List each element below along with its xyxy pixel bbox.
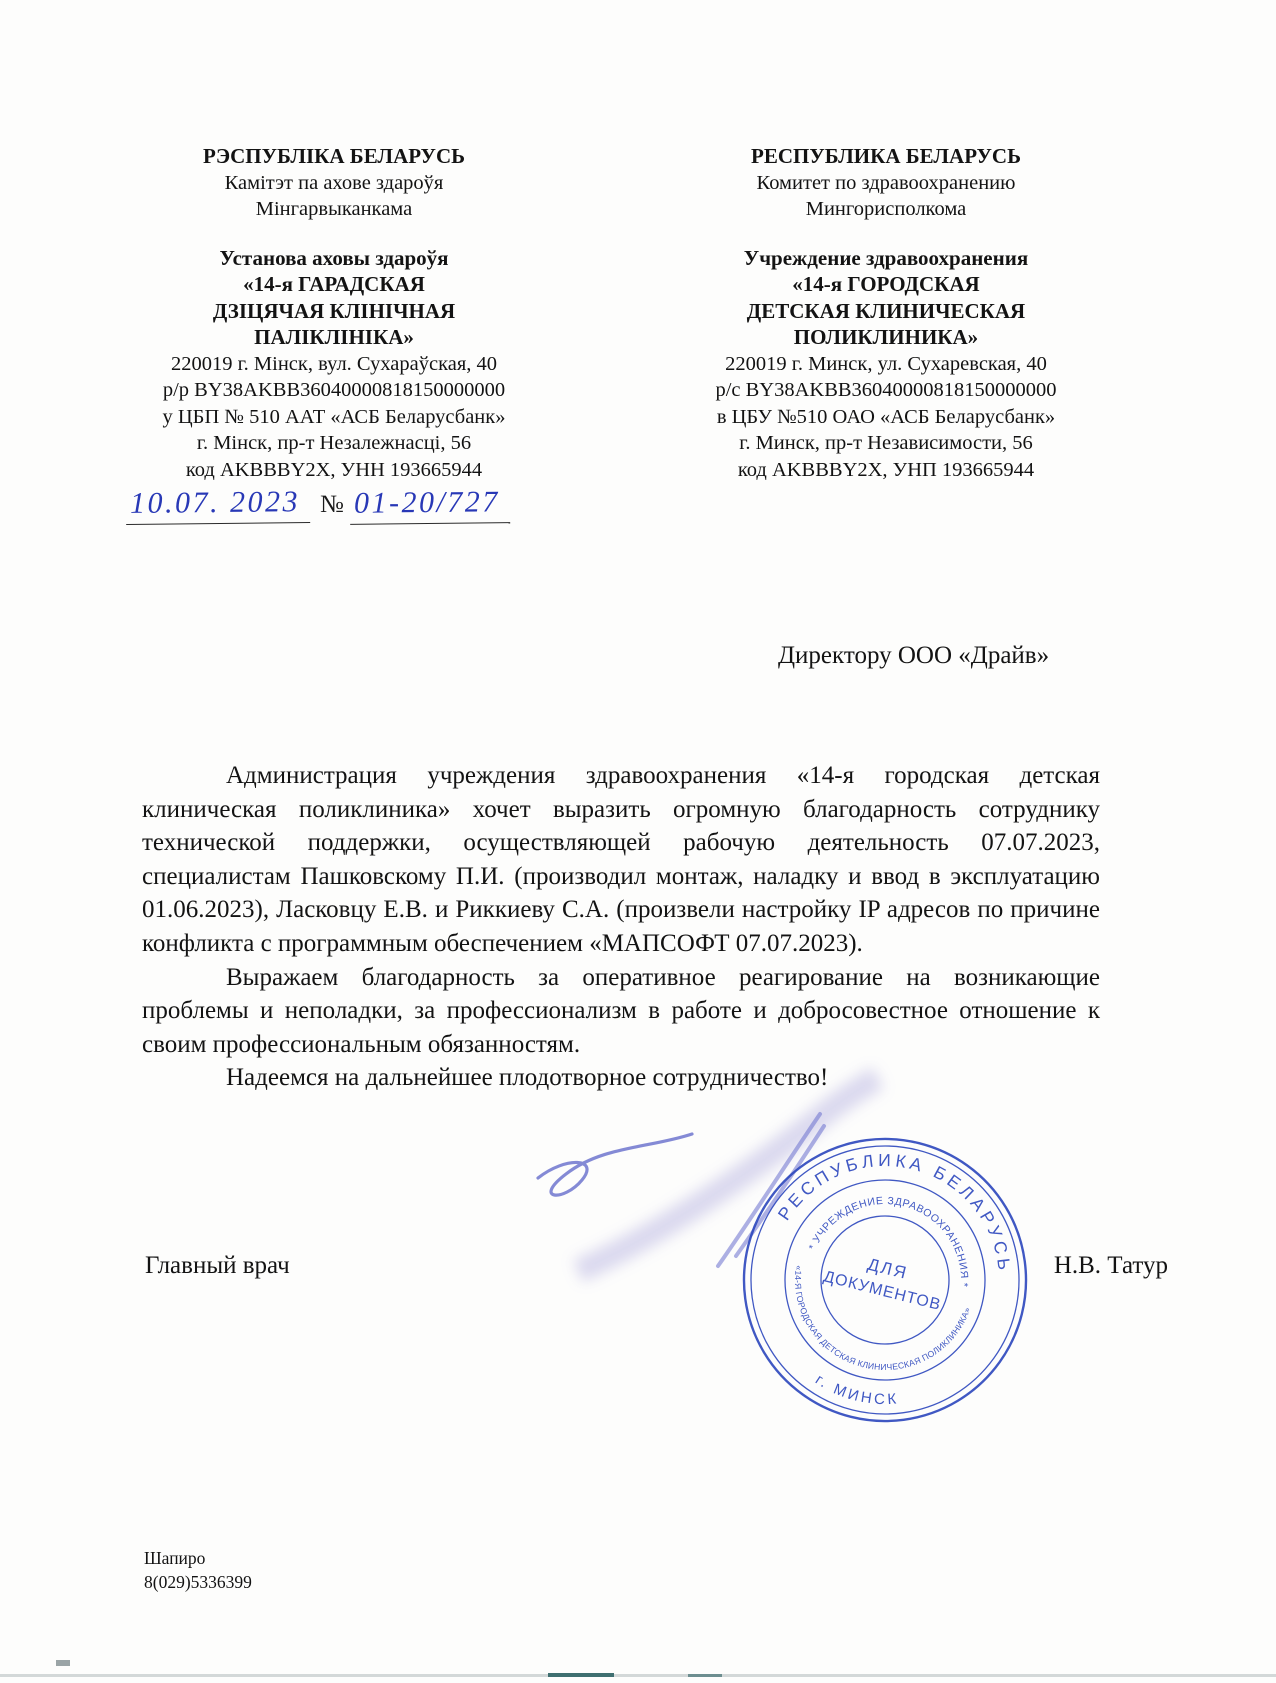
signer-name: Н.В. Татур — [1054, 1252, 1168, 1280]
ref-date-handwritten: 10.07. 2023 — [126, 485, 310, 525]
committee-by-1: Камітэт па ахове здароўя — [104, 170, 564, 197]
codes-ru: код AKBBBY2X, УНП 193665944 — [666, 457, 1106, 484]
spacer — [666, 223, 1106, 245]
signature-stroke-1 — [538, 1134, 692, 1195]
scan-artifact — [688, 1674, 722, 1677]
org-by-3: ДЗІЦЯЧАЯ КЛІНІЧНАЯ — [104, 298, 564, 325]
codes-by: код AKBBBY2X, УНН 193665944 — [104, 457, 564, 484]
letter-body: Администрация учреждения здравоохранения… — [142, 759, 1100, 1095]
country-name-by: РЭСПУБЛІКА БЕЛАРУСЬ — [104, 143, 564, 170]
executor-footer: Шапиро 8(029)5336399 — [144, 1546, 252, 1594]
letterhead-russian: РЕСПУБЛИКА БЕЛАРУСЬ Комитет по здравоохр… — [666, 143, 1106, 483]
body-paragraph-1: Администрация учреждения здравоохранения… — [142, 759, 1100, 961]
signer-position: Главный врач — [145, 1252, 290, 1280]
address-by: 220019 г. Мінск, вул. Сухараўская, 40 — [104, 351, 564, 378]
org-ru-2: «14-я ГОРОДСКАЯ — [666, 271, 1106, 298]
number-sign: № — [320, 491, 344, 518]
address-ru: 220019 г. Минск, ул. Сухаревская, 40 — [666, 351, 1106, 378]
document-page: РЭСПУБЛІКА БЕЛАРУСЬ Камітэт па ахове зда… — [0, 0, 1276, 1683]
org-by-1: Установа аховы здароўя — [104, 245, 564, 272]
committee-ru-2: Мингорисполкома — [666, 196, 1106, 223]
bank-address-ru: г. Минск, пр-т Независимости, 56 — [666, 430, 1106, 457]
country-name-ru: РЕСПУБЛИКА БЕЛАРУСЬ — [666, 143, 1106, 170]
org-ru-1: Учреждение здравоохранения — [666, 245, 1106, 272]
addressee: Директору ООО «Драйв» — [778, 642, 1049, 670]
reference-line: 10.07. 2023№01-20/727 — [126, 486, 510, 524]
scan-artifact — [56, 1660, 70, 1666]
account-by: р/р BY38AKBB36040000818150000000 — [104, 377, 564, 404]
bank-address-by: г. Мінск, пр-т Незалежнасці, 56 — [104, 430, 564, 457]
ref-number-handwritten: 01-20/727 — [350, 485, 510, 525]
executor-name: Шапиро — [144, 1546, 252, 1570]
scan-edge-line — [0, 1674, 1276, 1677]
org-ru-3: ДЕТСКАЯ КЛИНИЧЕСКАЯ — [666, 298, 1106, 325]
spacer — [104, 223, 564, 245]
bank-ru: в ЦБУ №510 ОАО «АСБ Беларусбанк» — [666, 404, 1106, 431]
org-by-4: ПАЛІКЛІНІКА» — [104, 324, 564, 351]
bank-by: у ЦБП № 510 ААТ «АСБ Беларусбанк» — [104, 404, 564, 431]
org-by-2: «14-я ГАРАДСКАЯ — [104, 271, 564, 298]
letterhead-belarusian: РЭСПУБЛІКА БЕЛАРУСЬ Камітэт па ахове зда… — [104, 143, 564, 483]
scan-artifact — [548, 1673, 614, 1677]
account-ru: р/с BY38AKBB36040000818150000000 — [666, 377, 1106, 404]
committee-ru-1: Комитет по здравоохранению — [666, 170, 1106, 197]
org-ru-4: ПОЛИКЛИНИКА» — [666, 324, 1106, 351]
body-paragraph-2: Выражаем благодарность за оперативное ре… — [142, 961, 1100, 1062]
committee-by-2: Мінгарвыканкама — [104, 196, 564, 223]
signature-row: Главный врач Н.В. Татур — [145, 1252, 1168, 1280]
executor-phone: 8(029)5336399 — [144, 1570, 252, 1594]
